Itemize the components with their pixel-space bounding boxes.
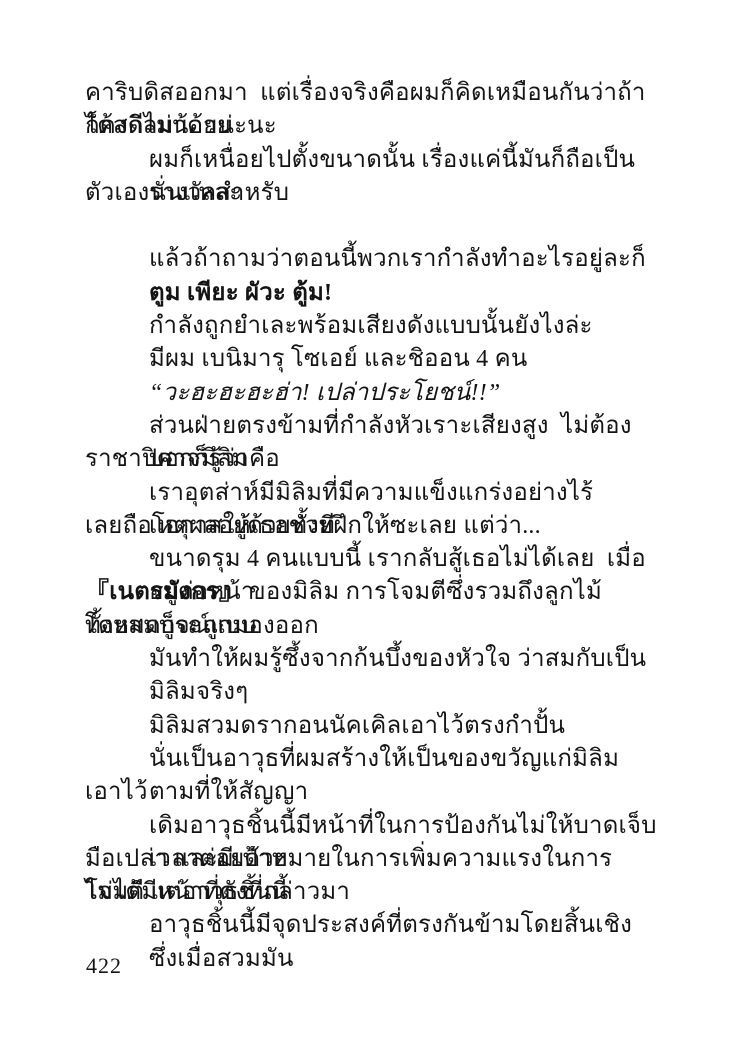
text-segment: มีผม เบนิมารุ โซเอย์ และชิออน 4 คน bbox=[149, 346, 527, 372]
text-line: ไม่ได้มีหน้าที่ดังที่กล่าวมา bbox=[85, 876, 660, 909]
text-line: เลยถือโอกาสให้เธอช่วยฝึกให้ซะเลย แต่ว่า.… bbox=[85, 510, 660, 543]
text-line: มันทำให้ผมรู้ซึ้งจากก้นบึ้งของหัวใจ ว่าส… bbox=[85, 643, 660, 676]
text-segment: “วะฮะฮะฮะฮ่า! เปล่าประโยชน์!!” bbox=[149, 380, 500, 406]
text-segment: เอาไว้ bbox=[85, 779, 148, 805]
text-segment: เลยถือโอกาสให้เธอช่วยฝึกให้ซะเลย แต่ว่า.… bbox=[85, 513, 541, 539]
text-segment: โดยสมบูรณ์แบบ bbox=[85, 613, 257, 639]
text-line: โดยสมบูรณ์แบบ bbox=[85, 610, 660, 643]
text-line: “วะฮะฮะฮะฮ่า! เปล่าประโยชน์!!” bbox=[85, 377, 660, 410]
text-segment: ไม่ได้มีหน้าที่ดังที่กล่าวมา bbox=[85, 879, 350, 905]
text-line: ตัวเองนั่นแหละ bbox=[85, 177, 660, 210]
page-number: 422 bbox=[86, 952, 122, 980]
text-line: ขนาดรุม 4 คนแบบนี้ เรากลับสู้เธอไม่ได้เล… bbox=[85, 543, 660, 576]
text-segment: กำลังถูกยำเละพร้อมเสียงดังแบบนั้นยังไงล่… bbox=[149, 313, 593, 339]
text-segment: ตูม เพียะ ผัวะ ตู้ม! bbox=[149, 280, 332, 306]
text-line: เดิมอาวุธชิ้นนี้มีหน้าที่ในการป้องกันไม่… bbox=[85, 810, 660, 843]
text-segment: อาวุธชิ้นนี้มีจุดประสงค์ที่ตรงกันข้ามโดย… bbox=[149, 912, 645, 971]
text-line: ส่วนฝ่ายตรงข้ามที่กำลังหัวเราะเสียงสูง ไ… bbox=[85, 410, 660, 443]
text-segment: ตัวเองนั่นแหละ bbox=[85, 180, 242, 206]
text-line: แล้วถ้าถามว่าตอนนี้พวกเรากำลังทำอะไรอยู่… bbox=[85, 243, 660, 276]
text-segment: ราชาปิศาจมิลิม bbox=[85, 446, 248, 472]
text-line: กำลังถูกยำเละพร้อมเสียงดังแบบนั้นยังไงล่… bbox=[85, 310, 660, 343]
text-line: ก็คงดีไม่น้อยน่ะนะ bbox=[85, 110, 660, 143]
text-line: 『เนตรมังกร』 ของมิลิม การโจมตีซึ่งรวมถึงล… bbox=[85, 576, 660, 609]
text-segment: แล้วถ้าถามว่าตอนนี้พวกเรากำลังทำอะไรอยู่… bbox=[149, 246, 646, 272]
text-line: ราชาปิศาจมิลิม bbox=[85, 443, 660, 476]
text-segment: มิลิมสวมดรากอนนัคเคิลเอาไว้ตรงกำปั้น bbox=[149, 713, 565, 739]
text-segment: 『เนตรมังกร』 bbox=[85, 579, 243, 605]
text-line: คาริบดิสออกมา แต่เรื่องจริงคือผมก็คิดเหม… bbox=[85, 77, 660, 110]
page-text-block: คาริบดิสออกมา แต่เรื่องจริงคือผมก็คิดเหม… bbox=[85, 77, 660, 943]
blank-line bbox=[85, 210, 660, 243]
text-line: ผมก็เหนื่อยไปตั้งขนาดนั้น เรื่องแค่นี้มั… bbox=[85, 144, 660, 177]
book-page: คาริบดิสออกมา แต่เรื่องจริงคือผมก็คิดเหม… bbox=[0, 0, 738, 1051]
text-segment: ก็คงดีไม่น้อยน่ะนะ bbox=[85, 113, 277, 139]
text-line: มีผม เบนิมารุ โซเอย์ และชิออน 4 คน bbox=[85, 343, 660, 376]
text-line: อาวุธชิ้นนี้มีจุดประสงค์ที่ตรงกันข้ามโดย… bbox=[85, 909, 660, 942]
text-line: มือเปล่า และมีเป้าหมายในการเพิ่มความแรงใ… bbox=[85, 843, 660, 876]
text-line: นั่นเป็นอาวุธที่ผมสร้างให้เป็นของขวัญแก่… bbox=[85, 743, 660, 776]
text-line: ตูม เพียะ ผัวะ ตู้ม! bbox=[85, 277, 660, 310]
text-line: เราอุตส่าห์มีมิลิมที่มีความแข็งแกร่งอย่า… bbox=[85, 477, 660, 510]
text-line: มิลิมสวมดรากอนนัคเคิลเอาไว้ตรงกำปั้น bbox=[85, 710, 660, 743]
